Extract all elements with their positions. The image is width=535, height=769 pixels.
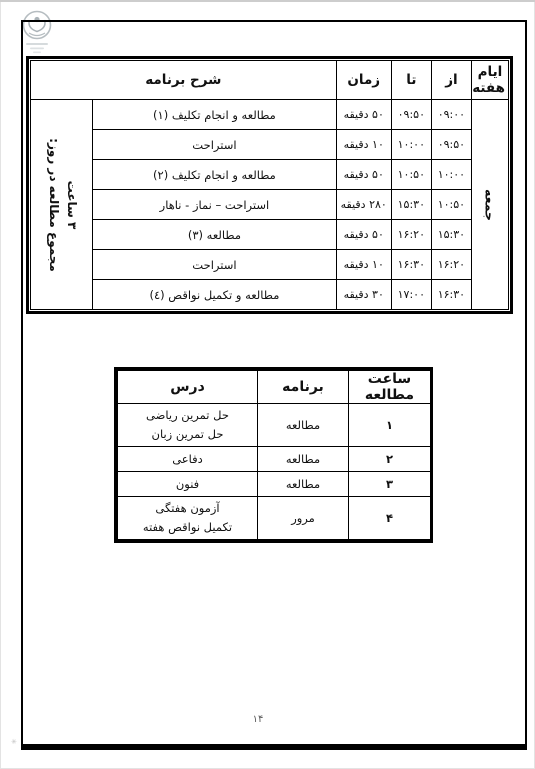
to-time: ۱۰:۵۰ [391, 160, 431, 190]
program-name: مطالعه [258, 447, 349, 472]
lesson-cell: دفاعی [118, 447, 258, 472]
to-time: ۱۰:۰۰ [391, 130, 431, 160]
duration: ۵۰ دقیقه [336, 100, 391, 130]
total-caption-text: مجموع مطالعه در روز: [45, 138, 61, 272]
from-time: ۱۰:۵۰ [431, 190, 471, 220]
lesson-line: دفاعی [121, 450, 254, 469]
hour-number: ۲ [349, 447, 431, 472]
to-time: ۱۶:۲۰ [391, 220, 431, 250]
study-row: ۲ مطالعه دفاعی [118, 447, 431, 472]
to-time: ۰۹:۵۰ [391, 100, 431, 130]
lesson-line: آزمون هفتگی [121, 499, 254, 518]
activity-description: مطالعه و انجام تکلیف (۲) [93, 160, 337, 190]
duration: ۵۰ دقیقه [336, 160, 391, 190]
schedule-row: جمعه ۰۹:۰۰ ۰۹:۵۰ ۵۰ دقیقه مطالعه و انجام… [31, 100, 509, 130]
hour-number: ۱ [349, 404, 431, 447]
col-header-to: تا [391, 61, 431, 100]
activity-description: مطالعه و تکمیل نواقص (٤) [93, 280, 337, 310]
duration: ۱۰ دقیقه [336, 250, 391, 280]
from-time: ۱۵:۳۰ [431, 220, 471, 250]
schedule-row: ۱۰:۵۰ ۱۵:۳۰ ۲۸۰ دقیقه استراحت – نماز - ن… [31, 190, 509, 220]
schedule-row: ۰۹:۵۰ ۱۰:۰۰ ۱۰ دقیقه استراحت [31, 130, 509, 160]
lesson-line: تکمیل نواقص هفته [121, 518, 254, 537]
daily-schedule-table: ایام هفته از تا زمان شرح برنامه جمعه ۰۹:… [26, 56, 513, 314]
to-time: ۱۷:۰۰ [391, 280, 431, 310]
lesson-cell: حل تمرین ریاضی حل تمرین زبان [118, 404, 258, 447]
activity-description: استراحت [93, 130, 337, 160]
to-time: ۱۵:۳۰ [391, 190, 431, 220]
from-time: ۰۹:۰۰ [431, 100, 471, 130]
activity-description: استراحت [93, 250, 337, 280]
lesson-cell: فنون [118, 472, 258, 497]
col-header-duration: زمان [336, 61, 391, 100]
study-header-row: ساعت مطالعه برنامه درس [118, 371, 431, 404]
document-page: ایام هفته از تا زمان شرح برنامه جمعه ۰۹:… [0, 0, 535, 769]
from-time: ۰۹:۵۰ [431, 130, 471, 160]
col-header-study-hour: ساعت مطالعه [349, 371, 431, 404]
duration: ۳۰ دقیقه [336, 280, 391, 310]
total-hours-text: ۳ ساعت [63, 180, 79, 229]
col-header-program: برنامه [258, 371, 349, 404]
program-name: مطالعه [258, 404, 349, 447]
from-time: ۱۶:۲۰ [431, 250, 471, 280]
activity-description: استراحت – نماز - ناهار [93, 190, 337, 220]
col-header-from: از [431, 61, 471, 100]
lesson-cell: آزمون هفتگی تکمیل نواقص هفته [118, 497, 258, 540]
duration: ۲۸۰ دقیقه [336, 190, 391, 220]
study-hours-table: ساعت مطالعه برنامه درس ۱ مطالعه حل تمرین… [114, 367, 433, 543]
lesson-line: فنون [121, 475, 254, 494]
schedule-row: ۱۵:۳۰ ۱۶:۲۰ ۵۰ دقیقه مطالعه (۳) [31, 220, 509, 250]
lesson-line: حل تمرین ریاضی [121, 406, 254, 425]
duration: ۱۰ دقیقه [336, 130, 391, 160]
schedule-row: ۱۶:۳۰ ۱۷:۰۰ ۳۰ دقیقه مطالعه و تکمیل نواق… [31, 280, 509, 310]
col-header-day: ایام هفته [471, 61, 508, 100]
schedule-row: ۱۰:۰۰ ۱۰:۵۰ ۵۰ دقیقه مطالعه و انجام تکلی… [31, 160, 509, 190]
total-study-label: ۳ ساعت مجموع مطالعه در روز: [33, 106, 91, 304]
lesson-line: حل تمرین زبان [121, 425, 254, 444]
activity-description: مطالعه و انجام تکلیف (۱) [93, 100, 337, 130]
program-name: مرور [258, 497, 349, 540]
hour-number: ۴ [349, 497, 431, 540]
day-of-week-cell: جمعه [471, 100, 508, 310]
scan-edge-line [0, 0, 535, 2]
duration: ۵۰ دقیقه [336, 220, 391, 250]
col-header-lesson: درس [118, 371, 258, 404]
from-time: ۱۶:۳۰ [431, 280, 471, 310]
schedule-header-row: ایام هفته از تا زمان شرح برنامه [31, 61, 509, 100]
study-row: ۱ مطالعه حل تمرین ریاضی حل تمرین زبان [118, 404, 431, 447]
scan-artifact-mark: ✳ [11, 738, 17, 746]
to-time: ۱۶:۳۰ [391, 250, 431, 280]
col-header-description: شرح برنامه [31, 61, 337, 100]
schedule-row: ۱۶:۲۰ ۱۶:۳۰ ۱۰ دقیقه استراحت [31, 250, 509, 280]
from-time: ۱۰:۰۰ [431, 160, 471, 190]
program-name: مطالعه [258, 472, 349, 497]
study-row: ۴ مرور آزمون هفتگی تکمیل نواقص هفته [118, 497, 431, 540]
page-number: ۱۴ [0, 714, 516, 725]
activity-description: مطالعه (۳) [93, 220, 337, 250]
day-of-week-label: جمعه [482, 188, 497, 220]
total-study-cell: ۳ ساعت مجموع مطالعه در روز: [31, 100, 93, 310]
hour-number: ۳ [349, 472, 431, 497]
study-row: ۳ مطالعه فنون [118, 472, 431, 497]
